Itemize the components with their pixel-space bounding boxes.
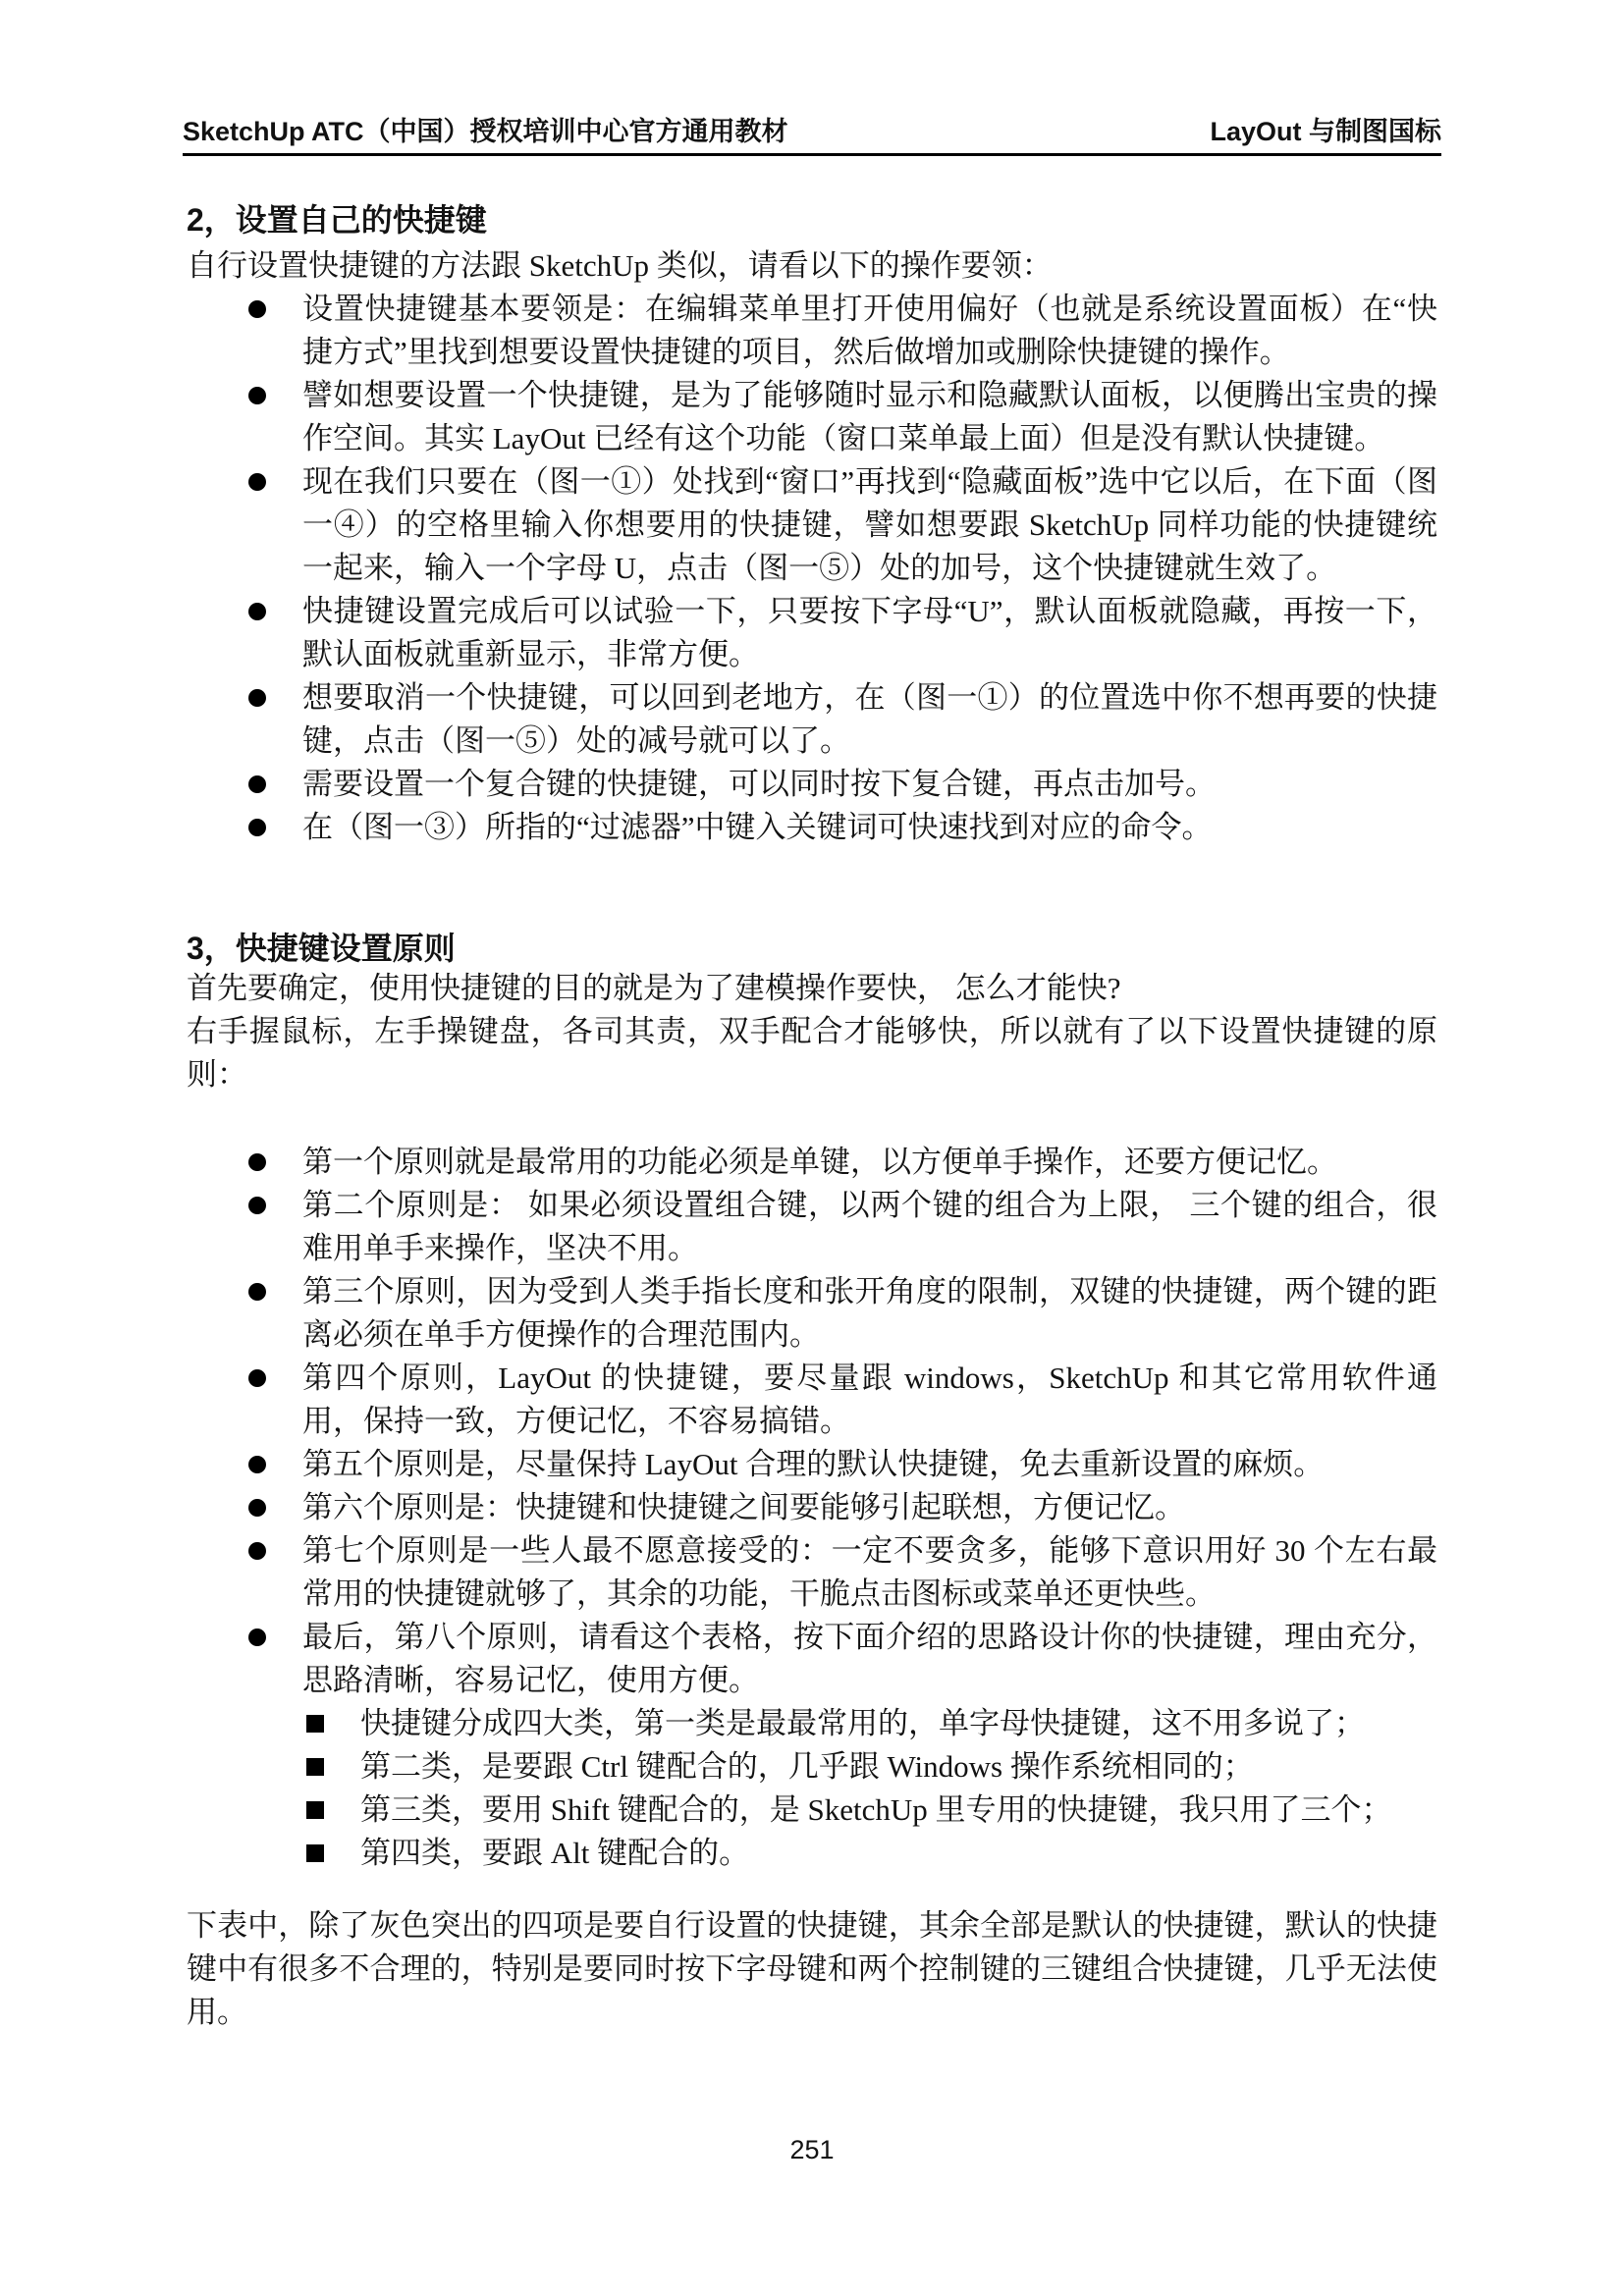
section3-bullet-list: 第一个原则就是最常用的功能必须是单键，以方便单手操作，还要方便记忆。 第二个原则…: [187, 1141, 1437, 1875]
bullet-text: 第一个原则就是最常用的功能必须是单键，以方便单手操作，还要方便记忆。: [302, 1145, 1337, 1179]
sub-bullet-item: 第三类，要用 Shift 键配合的，是 SketchUp 里专用的快捷键，我只用…: [302, 1789, 1437, 1832]
bullet-item: 快捷键设置完成后可以试验一下，只要按下字母“U”，默认面板就隐藏，再按一下，默认…: [187, 590, 1437, 676]
bullet-icon: [248, 1629, 266, 1646]
bullet-item: 第三个原则，因为受到人类手指长度和张开角度的限制，双键的快捷键，两个键的距离必须…: [187, 1270, 1437, 1357]
bullet-text: 第四个原则，LayOut 的快捷键，要尽量跟 windows，SketchUp …: [302, 1361, 1437, 1438]
bullet-icon: [248, 473, 266, 491]
page-header: SketchUp ATC（中国）授权培训中心官方通用教材 LayOut 与制图国…: [183, 116, 1441, 156]
bullet-icon: [248, 1542, 266, 1560]
square-bullet-icon: [306, 1844, 324, 1862]
section2-intro: 自行设置快捷键的方法跟 SketchUp 类似，请看以下的操作要领：: [187, 244, 1437, 288]
bullet-icon: [248, 603, 266, 620]
header-left-title: SketchUp ATC（中国）授权培训中心官方通用教材: [183, 116, 788, 147]
sub-bullet-text: 第三类，要用 Shift 键配合的，是 SketchUp 里专用的快捷键，我只用…: [360, 1792, 1392, 1827]
bullet-item: 现在我们只要在（图一①）处找到“窗口”再找到“隐藏面板”选中它以后，在下面（图一…: [187, 460, 1437, 590]
bullet-item: 第六个原则是：快捷键和快捷键之间要能够引起联想，方便记忆。: [187, 1486, 1437, 1529]
bullet-text: 快捷键设置完成后可以试验一下，只要按下字母“U”，默认面板就隐藏，再按一下，默认…: [302, 594, 1437, 671]
bullet-item: 第七个原则是一些人最不愿意接受的：一定不要贪多，能够下意识用好 30 个左右最常…: [187, 1529, 1437, 1616]
bullet-item: 譬如想要设置一个快捷键，是为了能够随时显示和隐藏默认面板，以便腾出宝贵的操作空间…: [187, 374, 1437, 460]
bullet-item: 在（图一③）所指的“过滤器”中键入关键词可快速找到对应的命令。: [187, 806, 1437, 849]
sub-bullet-text: 第二类，是要跟 Ctrl 键配合的，几乎跟 Windows 操作系统相同的；: [360, 1749, 1254, 1784]
bullet-text: 设置快捷键基本要领是：在编辑菜单里打开使用偏好（也就是系统设置面板）在“快捷方式…: [302, 292, 1437, 369]
bullet-icon: [248, 1456, 266, 1473]
bullet-icon: [248, 387, 266, 404]
bullet-item: 最后，第八个原则，请看这个表格，按下面介绍的思路设计你的快捷键，理由充分，思路清…: [187, 1616, 1437, 1875]
sub-bullet-item: 第二类，是要跟 Ctrl 键配合的，几乎跟 Windows 操作系统相同的；: [302, 1745, 1437, 1789]
bullet-icon: [248, 300, 266, 318]
bullet-text: 第二个原则是： 如果必须设置组合键，以两个键的组合为上限， 三个键的组合，很难用…: [302, 1188, 1437, 1265]
section3-intro-line2: 右手握鼠标，左手操键盘，各司其责，双手配合才能够快，所以就有了以下设置快捷键的原…: [187, 1010, 1437, 1096]
bullet-icon: [248, 1499, 266, 1517]
sub-bullet-item: 快捷键分成四大类，第一类是最最常用的，单字母快捷键，这不用多说了；: [302, 1702, 1437, 1745]
document-page: SketchUp ATC（中国）授权培训中心官方通用教材 LayOut 与制图国…: [0, 0, 1624, 2296]
square-bullet-icon: [306, 1758, 324, 1776]
bullet-icon: [248, 1197, 266, 1214]
shortcut-category-sublist: 快捷键分成四大类，第一类是最最常用的，单字母快捷键，这不用多说了； 第二类，是要…: [302, 1702, 1437, 1875]
bullet-text: 第三个原则，因为受到人类手指长度和张开角度的限制，双键的快捷键，两个键的距离必须…: [302, 1274, 1437, 1352]
bullet-item: 第一个原则就是最常用的功能必须是单键，以方便单手操作，还要方便记忆。: [187, 1141, 1437, 1184]
bullet-item: 第五个原则是，尽量保持 LayOut 合理的默认快捷键，免去重新设置的麻烦。: [187, 1443, 1437, 1486]
bullet-icon: [248, 689, 266, 707]
section2-heading: 2，设置自己的快捷键: [187, 201, 1437, 239]
square-bullet-icon: [306, 1801, 324, 1819]
bullet-text: 在（图一③）所指的“过滤器”中键入关键词可快速找到对应的命令。: [302, 810, 1213, 844]
sub-bullet-item: 第四类，要跟 Alt 键配合的。: [302, 1832, 1437, 1875]
bullet-icon: [248, 1283, 266, 1301]
bullet-text: 现在我们只要在（图一①）处找到“窗口”再找到“隐藏面板”选中它以后，在下面（图一…: [302, 464, 1437, 585]
closing-paragraph: 下表中，除了灰色突出的四项是要自行设置的快捷键，其余全部是默认的快捷键，默认的快…: [187, 1904, 1437, 2034]
sub-bullet-text: 快捷键分成四大类，第一类是最最常用的，单字母快捷键，这不用多说了；: [360, 1706, 1365, 1740]
section3-heading: 3，快捷键设置原则: [187, 930, 1437, 967]
section2-bullet-list: 设置快捷键基本要领是：在编辑菜单里打开使用偏好（也就是系统设置面板）在“快捷方式…: [187, 288, 1437, 849]
page-footer: 251: [0, 2134, 1624, 2165]
header-right-title: LayOut 与制图国标: [1210, 116, 1441, 147]
bullet-item: 设置快捷键基本要领是：在编辑菜单里打开使用偏好（也就是系统设置面板）在“快捷方式…: [187, 288, 1437, 374]
bullet-text: 譬如想要设置一个快捷键，是为了能够随时显示和隐藏默认面板，以便腾出宝贵的操作空间…: [302, 378, 1437, 455]
bullet-icon: [248, 1153, 266, 1171]
page-number: 251: [789, 2135, 834, 2164]
bullet-item: 需要设置一个复合键的快捷键，可以同时按下复合键，再点击加号。: [187, 763, 1437, 806]
square-bullet-icon: [306, 1715, 324, 1733]
bullet-item: 想要取消一个快捷键，可以回到老地方，在（图一①）的位置选中你不想再要的快捷键，点…: [187, 676, 1437, 763]
section3-intro-line1: 首先要确定，使用快捷键的目的就是为了建模操作要快， 怎么才能快?: [187, 967, 1437, 1010]
sub-bullet-text: 第四类，要跟 Alt 键配合的。: [360, 1836, 749, 1870]
bullet-text: 第七个原则是一些人最不愿意接受的：一定不要贪多，能够下意识用好 30 个左右最常…: [302, 1533, 1437, 1611]
bullet-text: 需要设置一个复合键的快捷键，可以同时按下复合键，再点击加号。: [302, 767, 1216, 801]
bullet-icon: [248, 775, 266, 793]
bullet-item: 第四个原则，LayOut 的快捷键，要尽量跟 windows，SketchUp …: [187, 1357, 1437, 1443]
bullet-item: 第二个原则是： 如果必须设置组合键，以两个键的组合为上限， 三个键的组合，很难用…: [187, 1184, 1437, 1270]
bullet-icon: [248, 1369, 266, 1387]
bullet-text: 最后，第八个原则，请看这个表格，按下面介绍的思路设计你的快捷键，理由充分，思路清…: [302, 1620, 1437, 1697]
bullet-text: 想要取消一个快捷键，可以回到老地方，在（图一①）的位置选中你不想再要的快捷键，点…: [302, 680, 1437, 758]
page-content: 2，设置自己的快捷键 自行设置快捷键的方法跟 SketchUp 类似，请看以下的…: [187, 201, 1437, 2034]
bullet-text: 第五个原则是，尽量保持 LayOut 合理的默认快捷键，免去重新设置的麻烦。: [302, 1447, 1324, 1481]
bullet-text: 第六个原则是：快捷键和快捷键之间要能够引起联想，方便记忆。: [302, 1490, 1185, 1524]
bullet-icon: [248, 819, 266, 836]
